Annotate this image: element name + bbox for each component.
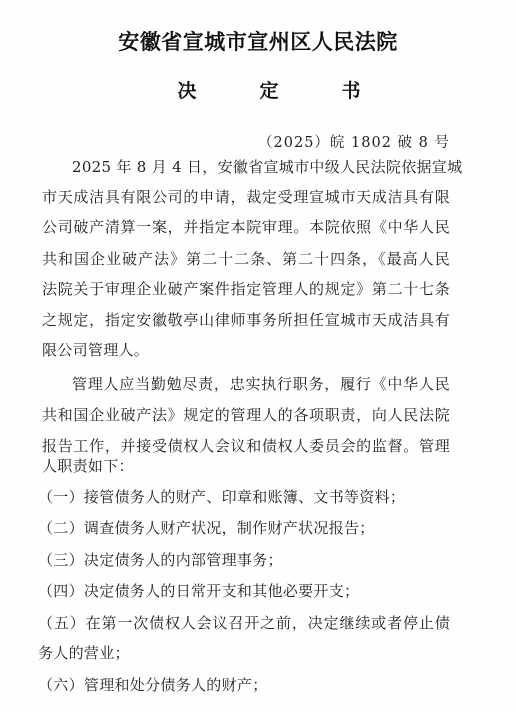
paragraph-line: 限公司管理人。 [42,340,450,360]
paragraph-line: 人职责如下： [42,456,450,476]
duty-item: （三）决定债务人的内部管理事务； [38,550,450,570]
paragraph-line: 公司破产清算一案，并指定本院审理。本院依照《中华人民 [42,217,450,237]
paragraph-line: 之规定，指定安徽敬亭山律师事务所担任宣城市天成洁具有 [42,310,450,330]
duty-item: （五）在第一次债权人会议召开之前，决定继续或者停止债 [38,613,450,633]
court-name: 安徽省宣城市宣州区人民法院 [0,26,516,56]
paragraph-line: 共和国企业破产法》第二十二条、第二十四条，《最高人民 [42,249,450,269]
document-type-title: 决 定 书 [0,76,516,103]
duty-item-continued: 务人的营业； [38,643,450,663]
case-number: （2025）皖 1802 破 8 号 [258,131,450,152]
duty-item: （四）决定债务人的日常开支和其他必要开支； [38,581,450,601]
paragraph-line: 报告工作，并接受债权人会议和债权人委员会的监督。管理 [42,436,450,456]
paragraph-line: 市天成洁具有限公司的申请，裁定受理宣城市天成洁具有限 [42,187,450,207]
document-page: 安徽省宣城市宣州区人民法院 决 定 书 （2025）皖 1802 破 8 号 2… [0,0,516,711]
paragraph-line: 管理人应当勤勉尽责，忠实执行职务，履行《中华人民 [72,374,450,394]
paragraph-line: 共和国企业破产法》规定的管理人的各项职责，向人民法院 [42,405,450,425]
paragraph-line: 2025 年 8 月 4 日，安徽省宣城市中级人民法院依据宣城 [72,157,450,177]
paragraph-line: 法院关于审理企业破产案件指定管理人的规定》第二十七条 [42,279,450,299]
duty-item: （一）接管债务人的财产、印章和账簿、文书等资料； [38,487,450,507]
duty-item: （二）调查债务人财产状况，制作财产状况报告； [38,518,450,538]
duty-item: （六）管理和处分债务人的财产； [38,675,450,695]
